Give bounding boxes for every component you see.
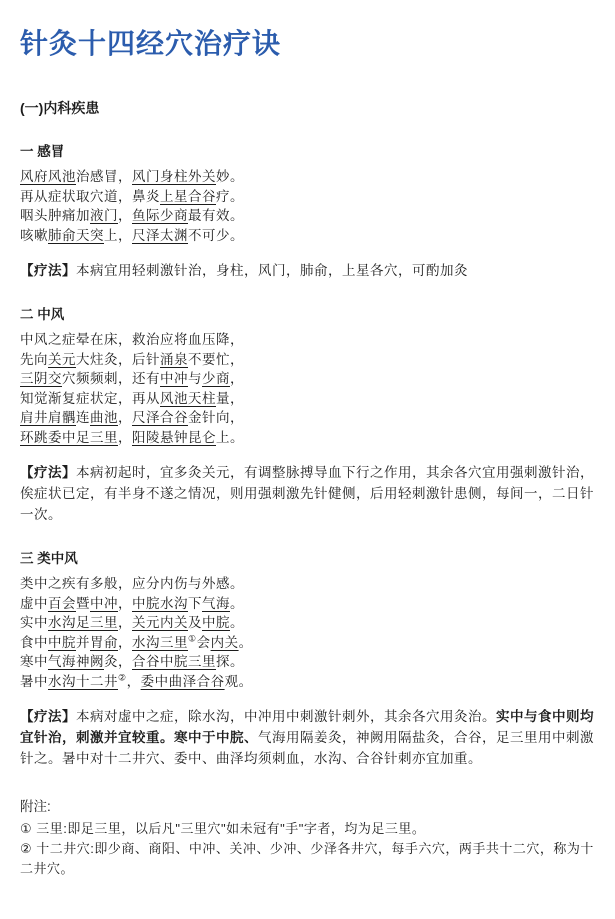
acupoint-name: 阳陵悬钟昆仑 [132,430,216,445]
footnote-line: ① 三里:即足三里，以后凡"三里穴"如未冠有"手"字者，均为足三里。 [20,819,595,839]
text-segment: 中风之症晕在床，救治应将血压降， [20,332,244,347]
verse-line: 三阴交穴频频刺，还有中冲与少商， [20,369,595,389]
therapy-label: 【疗法】 [20,709,76,724]
text-segment: 上， [104,228,132,243]
verse-line: 先向关元大炷灸，后针涌泉不要忙， [20,350,595,370]
text-segment: 穴频频刺，还有 [62,371,160,386]
sections-container: 一 感冒风府风池治感冒，风门身柱外关妙。再从症状取穴道，鼻炎上星合谷疗。咽头肿痛… [20,142,595,769]
verse-line: 虚中百会暨中冲，中脘水沟下气海。 [20,594,595,614]
verse-line: 肩井肩髃连曲池，尺泽合谷金针向， [20,408,595,428]
text-segment: 及 [188,615,202,630]
text-segment: 本病初起时，宜多灸关元，有调整脉搏导血下行之作用，其余各穴宜用强刺激针治，俟症状… [20,465,594,522]
part-heading: (一)内科疾患 [20,98,595,118]
text-segment: 本病宜用轻刺激针治，身柱，风门，肺俞，上星各穴，可酌加灸 [76,263,468,278]
text-segment: 食中 [20,635,48,650]
text-segment: ， [230,371,244,386]
text-segment: 探。 [216,654,244,669]
text-segment: 不要忙， [188,352,244,367]
acupoint-name: 中冲 [160,371,188,386]
text-segment: 灸， [104,654,132,669]
subsection-heading: 三 类中风 [20,549,595,568]
verse-line: 知觉渐复症状定，再从风池天柱量， [20,389,595,409]
acupoint-name: 关元 [48,352,76,367]
section: 一 感冒风府风池治感冒，风门身柱外关妙。再从症状取穴道，鼻炎上星合谷疗。咽头肿痛… [20,142,595,281]
text-segment: 不可少。 [188,228,244,243]
text-segment: 类中之疾有多般，应分内伤与外感。 [20,576,244,591]
text-segment: 暑中 [20,674,48,689]
verse-line: 类中之疾有多般，应分内伤与外感。 [20,574,595,594]
acupoint-name: 风门身柱外关 [132,169,216,184]
text-segment: 观。 [225,674,253,689]
text-segment: 再从症状取穴道，鼻炎 [20,189,160,204]
text-segment: 并 [76,635,90,650]
text-segment: 大炷灸，后针 [76,352,160,367]
text-segment: 治感冒， [76,169,132,184]
acupoint-name: 委中曲泽合谷 [141,674,225,689]
acupoint-name: 中脘 [48,635,76,650]
text-segment: 金针向， [188,410,244,425]
acupoint-name: 中脘水沟 [132,596,188,611]
acupoint-name: 胃俞 [90,635,118,650]
notes-heading: 附注: [20,797,595,817]
verse-line: 食中中脘并胃俞，水沟三里①会内关。 [20,633,595,653]
page-title: 针灸十四经穴治疗诀 [20,28,595,60]
acupoint-name: 肩井肩髃 [20,410,76,425]
text-segment: 上。 [216,430,244,445]
notes-items: ① 三里:即足三里，以后凡"三里穴"如未冠有"手"字者，均为足三里。② 十二井穴… [20,819,595,879]
text-segment: ， [118,635,132,650]
acupoint-name: 风池天柱 [160,391,216,406]
text-segment: 咽头肿痛加 [20,208,90,223]
text-segment: 最有效。 [188,208,244,223]
verse-line: 寒中气海神阙灸，合谷中脘三里探。 [20,652,595,672]
text-segment: ， [118,208,132,223]
therapy-paragraph: 【疗法】本病对虚中之症，除水沟，中冲用中刺激针刺外，其余各穴用灸治。实中与食中则… [20,706,595,769]
therapy-paragraph: 【疗法】本病初起时，宜多灸关元，有调整脉搏导血下行之作用，其余各穴宜用强刺激针治… [20,462,595,525]
footnote-line: ② 十二井穴:即少商、商阳、中冲、关冲、少冲、少泽各井穴，每手六穴，两手共十二穴… [20,839,595,879]
acupoint-name: 水沟十二井 [48,674,118,689]
text-segment: ② 十二井穴:即少商、商阳、中冲、关冲、少冲、少泽各井穴，每手六穴，两手共十二穴… [20,841,594,876]
acupoint-name: 气海神阙 [48,654,104,669]
text-segment: ① [188,633,197,643]
text-segment: ， [118,615,132,630]
acupoint-name: 涌泉 [160,352,188,367]
acupoint-name: 少商 [202,371,230,386]
text-segment: 知觉渐复症状定，再从 [20,391,160,406]
acupoint-name: 水沟三里 [132,635,188,650]
verse-line: 再从症状取穴道，鼻炎上星合谷疗。 [20,187,595,207]
text-segment: 寒中 [20,654,48,669]
text-segment: 暨 [76,596,90,611]
acupoint-name: 液门 [90,208,118,223]
verse-line: 咽头肿痛加液门，鱼际少商最有效。 [20,206,595,226]
acupoint-name: 内关 [211,635,239,650]
text-segment: 先向 [20,352,48,367]
text-segment: 妙。 [216,169,244,184]
text-segment: 咳嗽 [20,228,48,243]
text-segment: 量， [216,391,244,406]
text-segment: ， [127,674,141,689]
therapy-label: 【疗法】 [20,465,76,480]
verse-line: 实中水沟足三里，关元内关及中脘。 [20,613,595,633]
acupoint-name: 气海 [202,596,230,611]
subsection-heading: 二 中风 [20,305,595,324]
verse-line: 咳嗽肺俞天突上，尺泽太渊不可少。 [20,226,595,246]
verse-line: 中风之症晕在床，救治应将血压降， [20,330,595,350]
acupoint-name: 合谷中脘三里 [132,654,216,669]
therapy-label: 【疗法】 [20,263,76,278]
section: 二 中风中风之症晕在床，救治应将血压降，先向关元大炷灸，后针涌泉不要忙，三阴交穴… [20,305,595,525]
subsection-heading: 一 感冒 [20,142,595,161]
acupoint-name: 水沟足三里 [48,615,118,630]
document-page: 针灸十四经穴治疗诀 (一)内科疾患 一 感冒风府风池治感冒，风门身柱外关妙。再从… [0,0,615,919]
text-segment: 。 [230,615,244,630]
section: 三 类中风类中之疾有多般，应分内伤与外感。虚中百会暨中冲，中脘水沟下气海。实中水… [20,549,595,769]
text-segment: ， [118,430,132,445]
text-segment: ① 三里:即足三里，以后凡"三里穴"如未冠有"手"字者，均为足三里。 [20,821,425,836]
verse-line: 风府风池治感冒，风门身柱外关妙。 [20,167,595,187]
text-segment: 下 [188,596,202,611]
text-segment: 虚中 [20,596,48,611]
text-segment: 。 [230,596,244,611]
verse-line: 暑中水沟十二井②，委中曲泽合谷观。 [20,672,595,692]
text-segment: 疗。 [216,189,244,204]
text-segment: 连 [76,410,90,425]
text-segment: 本病对虚中之症，除水沟，中冲用中刺激针刺外，其余各穴用灸治。 [76,709,496,724]
acupoint-name: 尺泽合谷 [132,410,188,425]
acupoint-name: 风府风池 [20,169,76,184]
acupoint-name: 百会 [48,596,76,611]
text-segment: 。 [239,635,253,650]
acupoint-name: 曲池 [90,410,118,425]
text-segment: 实中 [20,615,48,630]
acupoint-name: 尺泽太渊 [132,228,188,243]
acupoint-name: 环跳委中足三里 [20,430,118,445]
text-segment: 会 [197,635,211,650]
text-segment: ， [118,410,132,425]
acupoint-name: 中脘 [202,615,230,630]
acupoint-name: 鱼际少商 [132,208,188,223]
acupoint-name: 上星合谷 [160,189,216,204]
acupoint-name: 关元内关 [132,615,188,630]
acupoint-name: 中冲 [90,596,118,611]
acupoint-name: 肺俞天突 [48,228,104,243]
text-segment: 与 [188,371,202,386]
verse-line: 环跳委中足三里，阳陵悬钟昆仑上。 [20,428,595,448]
therapy-paragraph: 【疗法】本病宜用轻刺激针治，身柱，风门，肺俞，上星各穴，可酌加灸 [20,260,595,281]
text-segment: ， [118,596,132,611]
notes: 附注: ① 三里:即足三里，以后凡"三里穴"如未冠有"手"字者，均为足三里。② … [20,797,595,879]
text-segment: ② [118,672,127,682]
acupoint-name: 三阴交 [20,371,62,386]
